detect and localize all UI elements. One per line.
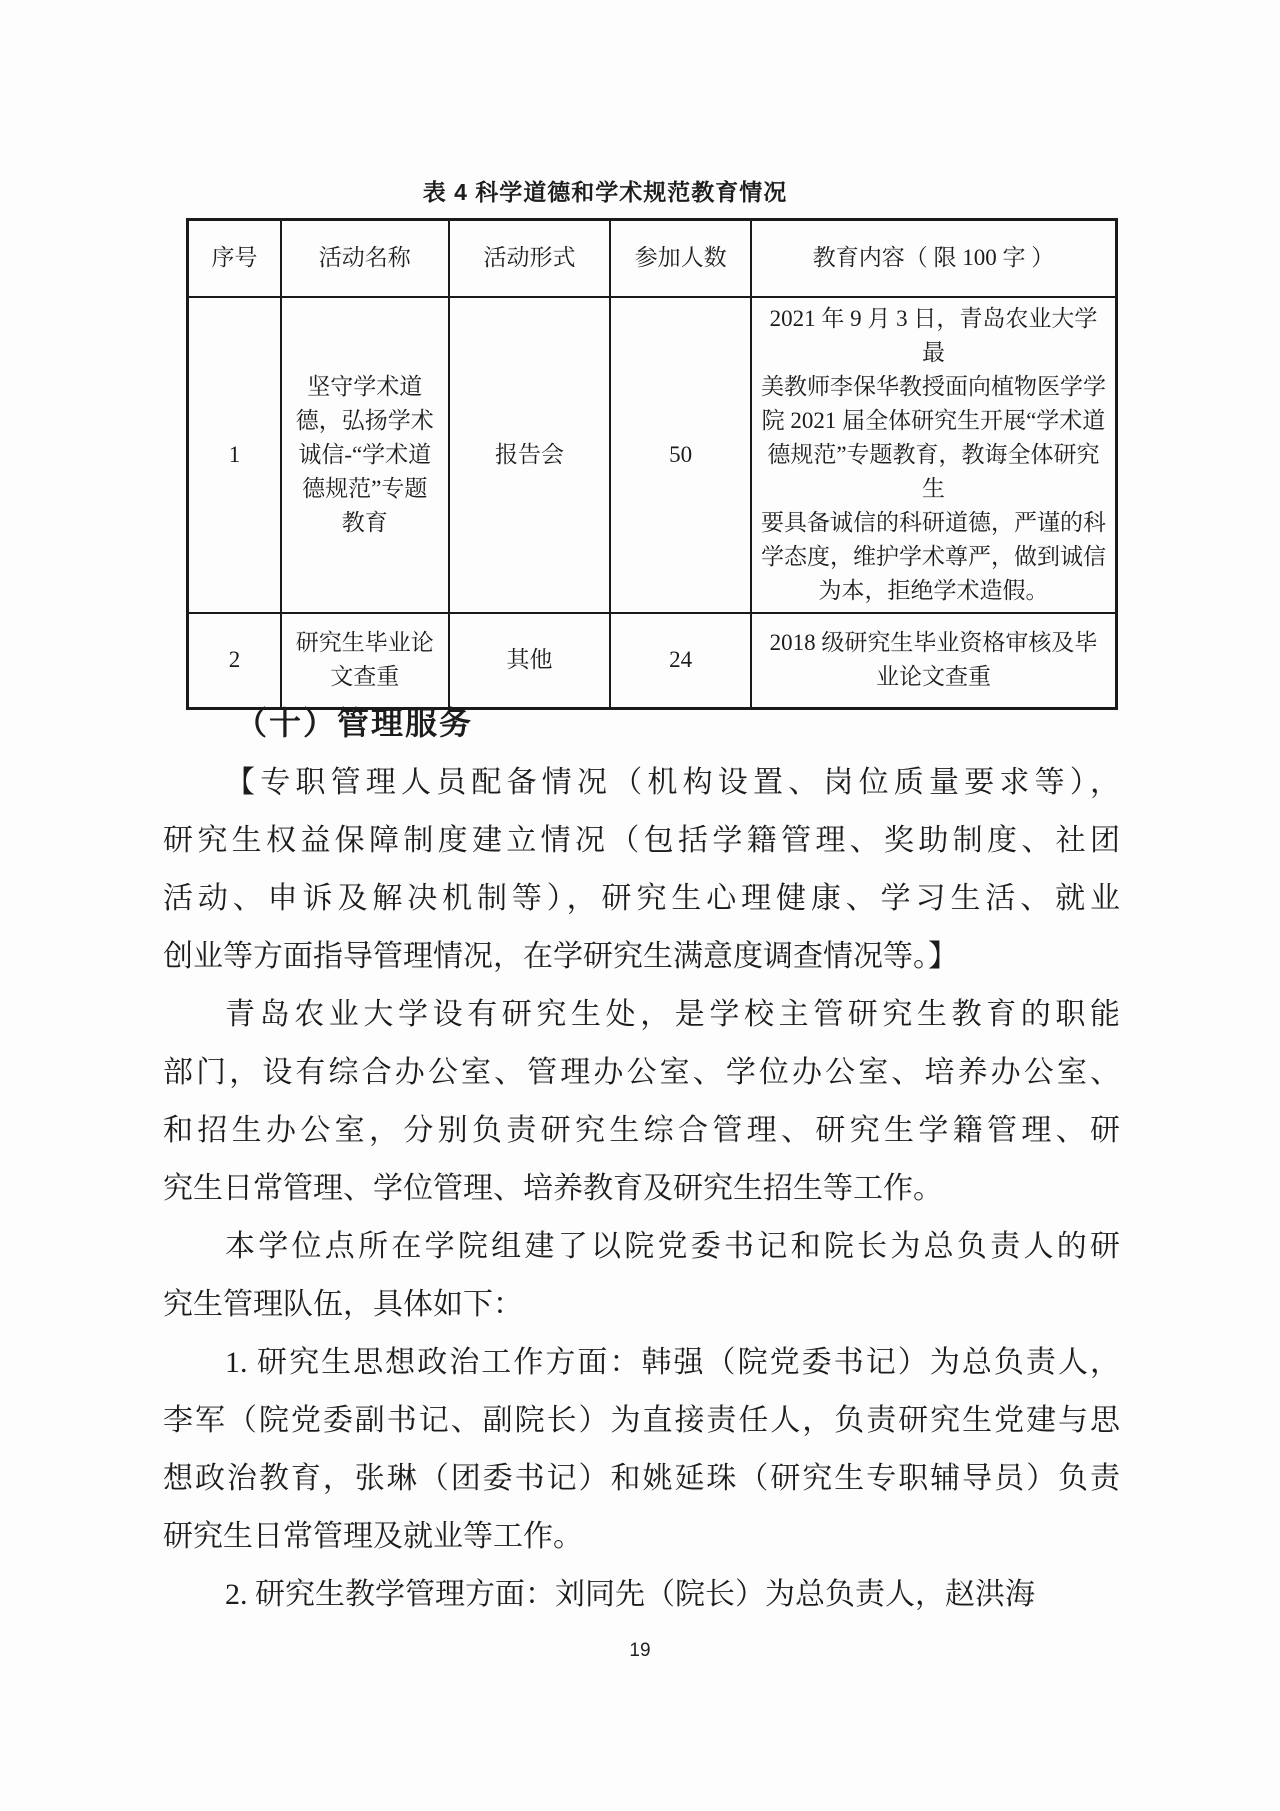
header-activity-name: 活动名称 (281, 220, 449, 297)
paragraph-line: 2. 研究生教学管理方面：刘同先（院长）为总负责人，赵洪海 (163, 1566, 1120, 1624)
paragraph-line: 李军（院党委副书记、副院长）为直接责任人，负责研究生党建与思 (163, 1392, 1120, 1450)
cell-index: 1 (188, 297, 281, 613)
paragraph-line: 和招生办公室，分别负责研究生综合管理、研究生学籍管理、研 (163, 1102, 1120, 1160)
body-paragraphs: 【专职管理人员配备情况（机构设置、岗位质量要求等），研究生权益保障制度建立情况（… (163, 754, 1120, 1624)
page-number: 19 (0, 1640, 1280, 1662)
paragraph-line: 想政治教育，张琳（团委书记）和姚延珠（研究生专职辅导员）负责 (163, 1450, 1120, 1508)
paragraph-line: 青岛农业大学设有研究生处，是学校主管研究生教育的职能 (163, 986, 1120, 1044)
document-page: 表 4 科学道德和学术规范教育情况 序号 活动名称 活动形式 参加人数 教育内容… (0, 0, 1280, 1811)
table-row: 2 研究生毕业论 文查重 其他 24 2018 级研究生毕业资格审核及毕 业论文… (188, 613, 1117, 709)
paragraph-line: 1. 研究生思想政治工作方面：韩强（院党委书记）为总负责人， (163, 1334, 1120, 1392)
paragraph: 2. 研究生教学管理方面：刘同先（院长）为总负责人，赵洪海 (163, 1566, 1120, 1624)
paragraph: 【专职管理人员配备情况（机构设置、岗位质量要求等），研究生权益保障制度建立情况（… (163, 754, 1120, 986)
cell-participants: 24 (610, 613, 751, 709)
paragraph-line: 【专职管理人员配备情况（机构设置、岗位质量要求等）， (163, 754, 1120, 812)
table-title: 表 4 科学道德和学术规范教育情况 (165, 174, 1045, 207)
cell-education-content: 2018 级研究生毕业资格审核及毕 业论文查重 (751, 613, 1117, 709)
table-row: 1 坚守学术道 德，弘扬学术 诚信-“学术道 德规范”专题 教育 报告会 50 … (188, 297, 1117, 613)
header-activity-form: 活动形式 (449, 220, 611, 297)
cell-index: 2 (188, 613, 281, 709)
paragraph: 青岛农业大学设有研究生处，是学校主管研究生教育的职能部门，设有综合办公室、管理办… (163, 986, 1120, 1218)
cell-participants: 50 (610, 297, 751, 613)
header-participants: 参加人数 (610, 220, 751, 297)
cell-activity-name: 坚守学术道 德，弘扬学术 诚信-“学术道 德规范”专题 教育 (281, 297, 449, 613)
section-heading: （十）管理服务 (165, 698, 473, 744)
cell-education-content: 2021 年 9 月 3 日，青岛农业大学最 美教师李保华教授面向植物医学学 院… (751, 297, 1117, 613)
paragraph-line: 研究生日常管理及就业等工作。 (163, 1508, 1120, 1566)
header-index: 序号 (188, 220, 281, 297)
paragraph-line: 究生日常管理、学位管理、培养教育及研究生招生等工作。 (163, 1160, 1120, 1218)
paragraph-line: 研究生权益保障制度建立情况（包括学籍管理、奖助制度、社团 (163, 812, 1120, 870)
paragraph: 本学位点所在学院组建了以院党委书记和院长为总负责人的研究生管理队伍，具体如下： (163, 1218, 1120, 1334)
paragraph-line: 本学位点所在学院组建了以院党委书记和院长为总负责人的研 (163, 1218, 1120, 1276)
cell-activity-form: 报告会 (449, 297, 611, 613)
ethics-education-table: 序号 活动名称 活动形式 参加人数 教育内容（ 限 100 字 ） 1 坚守学术… (186, 218, 1118, 710)
header-education-content: 教育内容（ 限 100 字 ） (751, 220, 1117, 297)
paragraph-line: 究生管理队伍，具体如下： (163, 1276, 1120, 1334)
cell-activity-name: 研究生毕业论 文查重 (281, 613, 449, 709)
paragraph-line: 创业等方面指导管理情况，在学研究生满意度调查情况等。】 (163, 928, 1120, 986)
paragraph-line: 活动、申诉及解决机制等），研究生心理健康、学习生活、就业 (163, 870, 1120, 928)
paragraph-line: 部门，设有综合办公室、管理办公室、学位办公室、培养办公室、 (163, 1044, 1120, 1102)
table-header-row: 序号 活动名称 活动形式 参加人数 教育内容（ 限 100 字 ） (188, 220, 1117, 297)
paragraph: 1. 研究生思想政治工作方面：韩强（院党委书记）为总负责人，李军（院党委副书记、… (163, 1334, 1120, 1566)
cell-activity-form: 其他 (449, 613, 611, 709)
